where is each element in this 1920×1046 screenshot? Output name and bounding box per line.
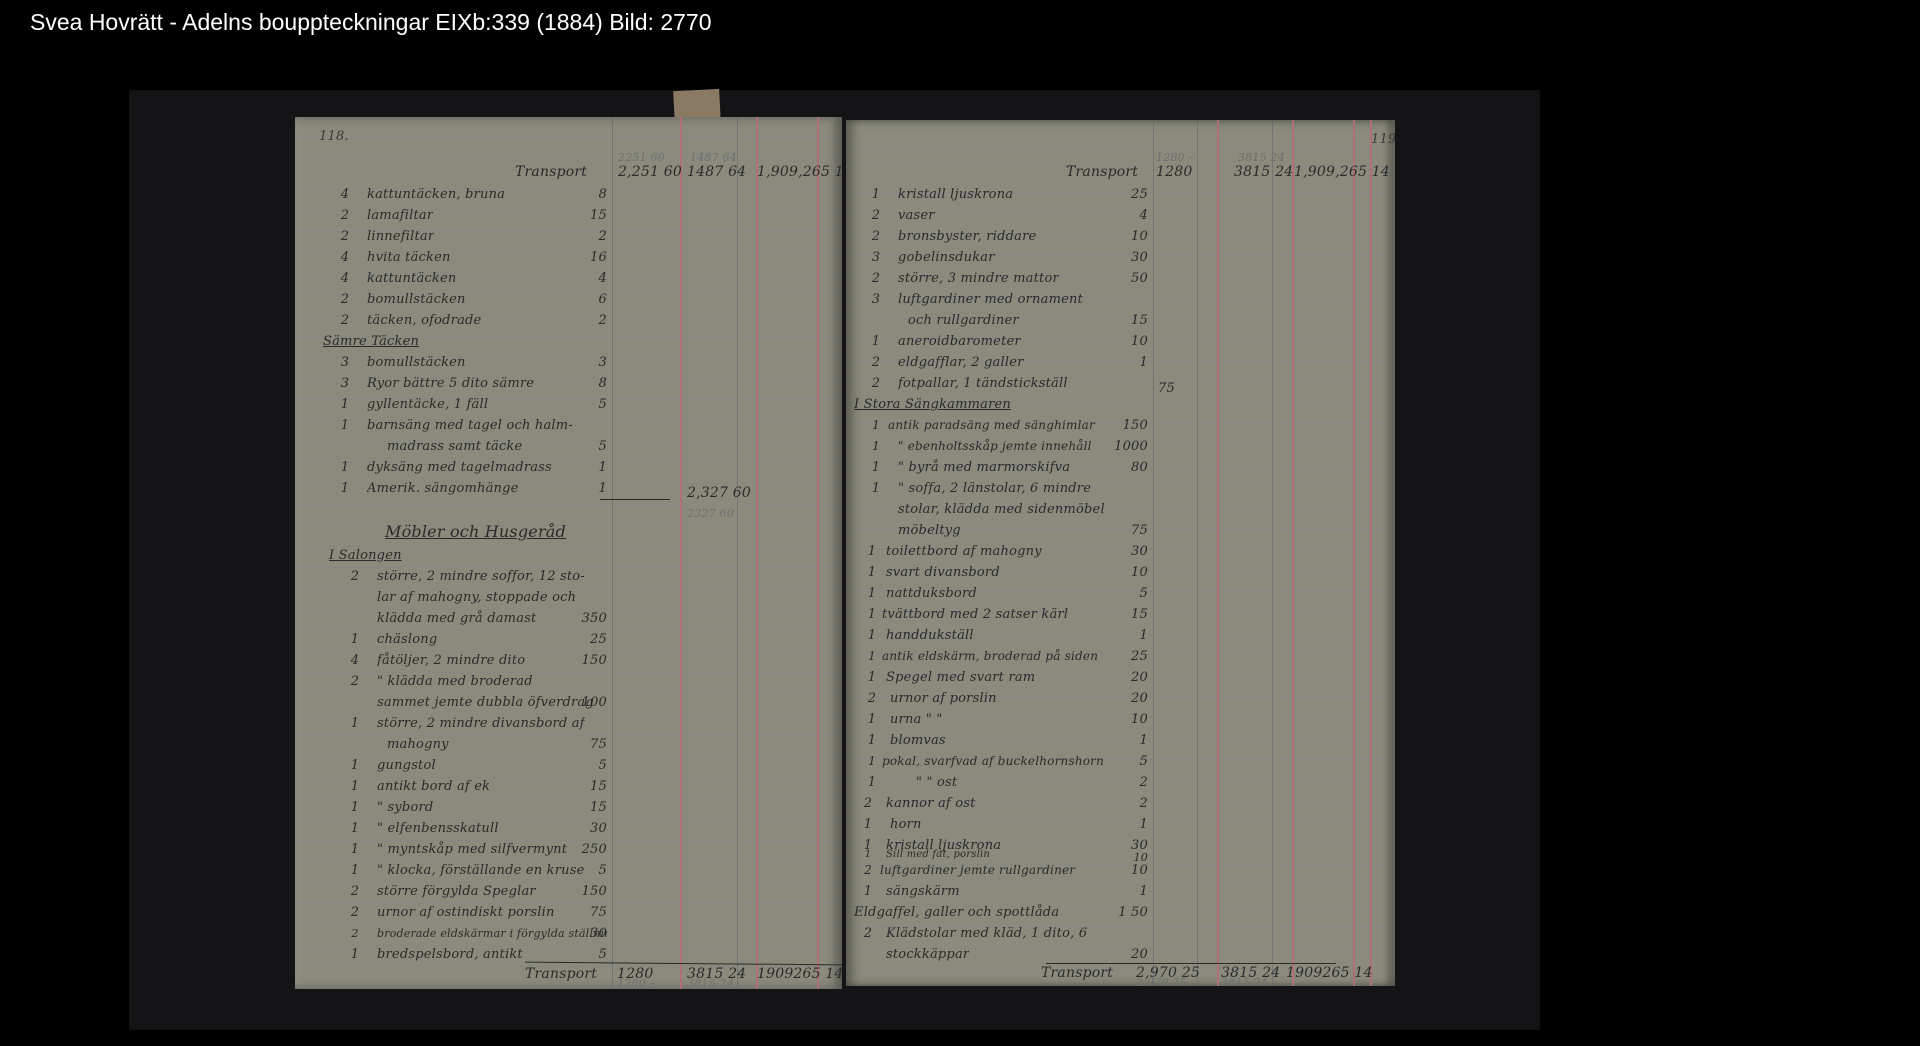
item-amount: 16 [535,247,607,268]
page-number: 118. [319,129,349,144]
item-amount: 10 [1076,226,1148,247]
list-item: 2större, 2 mindre soffor, 12 sto- [295,566,612,587]
column-line [756,117,758,989]
footer-transport-label: Transport [525,964,597,985]
item-amount: 1 [535,478,607,499]
footer-faint-col2: 3815 24 [1221,978,1268,986]
item-amount: 100 [535,692,607,713]
subtotal-rule [600,499,670,500]
item-amount: 1 [1076,730,1148,751]
room-heading: I Salongen [329,545,402,566]
list-item: 1" soffa, 2 länstolar, 6 mindre [846,478,1153,499]
transport-col2: 3815 24 [1234,162,1293,183]
footer-col3: 1909265 14 [1286,963,1373,984]
item-amount: 30 [535,923,607,944]
column-line [680,117,682,989]
item-amount: 2 [1076,772,1148,793]
item-amount: 15 [535,776,607,797]
column-line [817,117,819,989]
list-item: 2" klädda med broderad [295,671,612,692]
footer-faint-col1: 1280 – [617,979,655,989]
item-amount: 15 [535,797,607,818]
item-amount: 75 [535,902,607,923]
item-amount: 350 [535,608,607,629]
column-line [1272,120,1273,986]
transport-label: Transport [515,162,587,183]
item-amount: 10 [1076,562,1148,583]
item-amount: 1 [1076,625,1148,646]
ledger-page-right: 119 1280 – 3815 24 Transport 1280 3815 2… [846,120,1395,986]
item-amount: 30 [535,818,607,839]
item-amount: 15 [1076,310,1148,331]
column-line [737,117,738,989]
item-amount: 4 [535,268,607,289]
list-item: 3luftgardiner med ornament [846,289,1153,310]
item-amount: 10 [1076,860,1148,881]
item-amount: 30 [1076,247,1148,268]
column-line [835,117,836,989]
transport-col3: 1,909,265 14 [757,162,842,183]
list-item: 1större, 2 mindre divansbord af [295,713,612,734]
item-amount: 3 [535,352,607,373]
subtotal-faint: 2327 60 [687,503,734,524]
item-amount: 50 [1076,268,1148,289]
item-amount: 25 [1076,646,1148,667]
footer-faint-col2: 3815 24 [687,979,734,989]
item-amount: 5 [535,394,607,415]
item-amount: 6 [535,289,607,310]
item-amount: 8 [535,373,607,394]
item-amount: 150 [535,881,607,902]
column-line [1292,120,1294,986]
item-amount: 75 [1076,520,1148,541]
image-title: Svea Hovrätt - Adelns bouppteckningar EI… [30,8,712,36]
item-amount: 150 [535,650,607,671]
item-amount: 10 [1076,709,1148,730]
item-amount: 2 [535,310,607,331]
item-amount: 2 [1076,793,1148,814]
item-amount: 5 [535,860,607,881]
item-amount: 30 [1076,541,1148,562]
transport-col2: 1487 64 [687,162,746,183]
item-amount: 5 [535,755,607,776]
item-amount: 250 [535,839,607,860]
item-amount: 15 [1076,604,1148,625]
item-amount: 1 50 [1076,902,1148,923]
item-amount: 80 [1076,457,1148,478]
item-amount: 150 [1076,415,1148,436]
footer-faint-col1: 2,970 25 [1136,978,1187,986]
column-line [1153,120,1154,986]
list-item: 2fotpallar, 1 tändstickställ [846,373,1153,394]
item-amount: 1 [1076,814,1148,835]
column-line [612,117,613,989]
item-amount: 25 [1076,184,1148,205]
item-amount: 75 [535,734,607,755]
transport-label: Transport [1066,162,1138,183]
main-heading: Möbler och Husgeråd [385,521,566,542]
item-amount: 2 [535,226,607,247]
transport-col1: 2,251 60 [618,162,682,183]
column-line [1197,120,1198,986]
transport-col1: 1280 [1156,162,1192,183]
item-amount: 1 [1076,352,1148,373]
item-amount: 1 [1076,881,1148,902]
transport-col3: 1,909,265 14 [1294,162,1390,183]
item-amount: 10 [1076,331,1148,352]
room-heading: I Stora Sängkammaren [854,394,1011,415]
footer-transport-label: Transport [1041,963,1113,984]
item-amount: 4 [1076,205,1148,226]
item-amount: 5 [1076,751,1148,772]
item-amount: 1 [535,457,607,478]
page-number: 119 [1371,132,1395,147]
footer-col3: 1909265 14 [757,964,842,985]
list-item: 2Klädstolar med kläd, 1 dito, 6 [846,923,1153,944]
column-line [1353,120,1355,986]
ledger-page-left: 118. 2251 60 1487 64 Transport 2,251 60 … [295,117,842,989]
side-note: 75 [1158,378,1175,399]
item-amount: 5 [535,436,607,457]
item-amount: 20 [1076,688,1148,709]
item-amount: 5 [1076,583,1148,604]
item-amount: 20 [1076,667,1148,688]
list-item: lar af mahogny, stoppade och [295,587,612,608]
item-amount: 8 [535,184,607,205]
item-amount [535,415,607,436]
column-line [1217,120,1219,986]
column-line [1370,120,1372,986]
item-amount: 15 [535,205,607,226]
item-amount: 20 [1076,944,1148,965]
item-amount: 25 [535,629,607,650]
list-item: stolar, klädda med sidenmöbel [846,499,1153,520]
item-amount: 1000 [1076,436,1148,457]
subtotal-value: 2,327 60 [687,483,751,504]
section-heading: Sämre Täcken [323,331,419,352]
